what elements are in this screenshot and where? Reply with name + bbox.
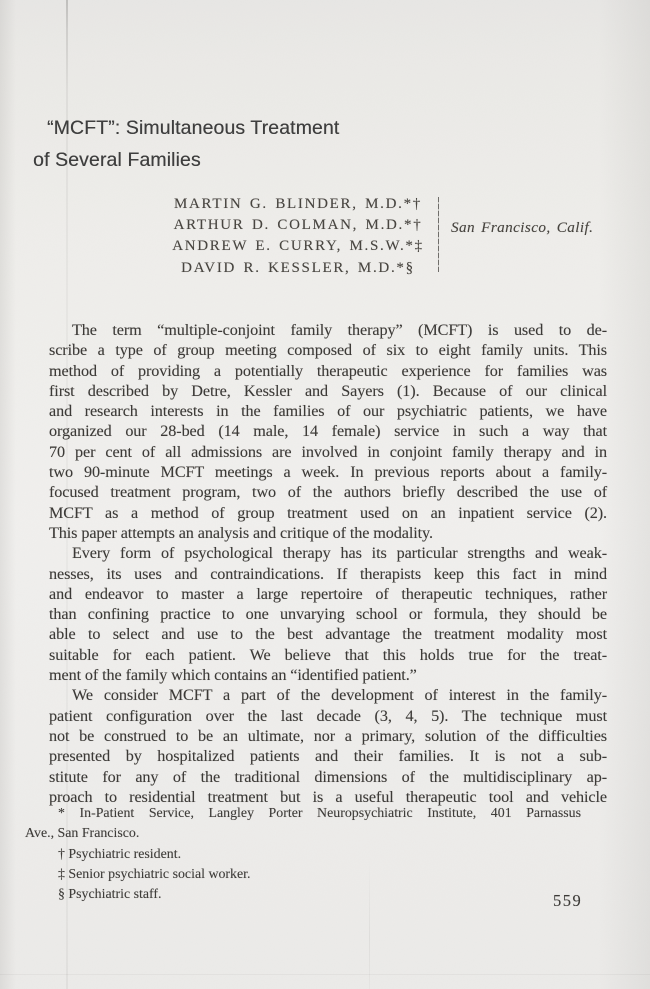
paper-crease-horizontal (0, 974, 650, 975)
byline-divider-rule (438, 197, 439, 272)
body-line: not be construed to be an ultimate, nor … (49, 726, 607, 746)
page-number: 559 (553, 891, 582, 911)
body-line: able to select and use to the best advan… (49, 624, 607, 644)
body-line: suitable for each patient. We believe th… (49, 645, 607, 665)
footnote-line: § Psychiatric staff. (25, 886, 581, 906)
journal-page: “MCFT”: Simultaneous Treatment of Severa… (0, 0, 650, 989)
footnotes-block: * In-Patient Service, Langley Porter Neu… (25, 805, 581, 906)
body-paragraph: Every form of psychological therapy has … (49, 543, 607, 685)
author-line: MARTIN G. BLINDER, M.D.*† (152, 194, 444, 215)
author-line: ANDREW E. CURRY, M.S.W.*‡ (152, 236, 444, 257)
body-line: stitute for any of the traditional dimen… (49, 767, 607, 787)
body-line: method of providing a potentially therap… (49, 361, 607, 381)
body-paragraph: The term “multiple-conjoint family thera… (49, 320, 607, 543)
body-line: two 90-minute MCFT meetings a week. In p… (49, 462, 607, 482)
body-line: and research interests in the families o… (49, 401, 607, 421)
body-line: nesses, its uses and contraindications. … (49, 564, 607, 584)
body-line: scribe a type of group meeting composed … (49, 340, 607, 360)
article-title: “MCFT”: Simultaneous Treatment of Severa… (33, 113, 339, 176)
body-line: 70 per cent of all admissions are involv… (49, 442, 607, 462)
author-list: MARTIN G. BLINDER, M.D.*†ARTHUR D. COLMA… (152, 194, 444, 279)
author-line: DAVID R. KESSLER, M.D.*§ (152, 258, 444, 279)
author-line: ARTHUR D. COLMAN, M.D.*† (152, 215, 444, 236)
footnote-line: * In-Patient Service, Langley Porter Neu… (25, 805, 581, 825)
footnote-line: Ave., San Francisco. (25, 825, 581, 845)
body-line: We consider MCFT a part of the developme… (49, 685, 607, 705)
body-line: first described by Detre, Kessler and Sa… (49, 381, 607, 401)
body-line: patient configuration over the last deca… (49, 706, 607, 726)
article-title-line2: of Several Families (33, 145, 339, 177)
body-paragraph: We consider MCFT a part of the developme… (49, 685, 607, 807)
body-line: presented by hospitalized patients and t… (49, 746, 607, 766)
article-body: The term “multiple-conjoint family thera… (49, 320, 607, 807)
body-line: The term “multiple-conjoint family thera… (49, 320, 607, 340)
byline-location: San Francisco, Calif. (451, 219, 593, 237)
body-line: This paper attempts an analysis and crit… (49, 523, 607, 543)
body-line: Every form of psychological therapy has … (49, 543, 607, 563)
body-line: MCFT as a method of group treatment used… (49, 503, 607, 523)
body-line: than confining practice to one unvarying… (49, 604, 607, 624)
footnote-line: † Psychiatric resident. (25, 846, 581, 866)
body-line: organized our 28-bed (14 male, 14 female… (49, 421, 607, 441)
article-title-line1: “MCFT”: Simultaneous Treatment (33, 113, 339, 145)
footnote-line: ‡ Senior psychiatric social worker. (25, 866, 581, 886)
body-line: focused treatment program, two of the au… (49, 482, 607, 502)
body-line: ment of the family which contains an “id… (49, 665, 607, 685)
body-line: and endeavor to master a large repertoir… (49, 584, 607, 604)
